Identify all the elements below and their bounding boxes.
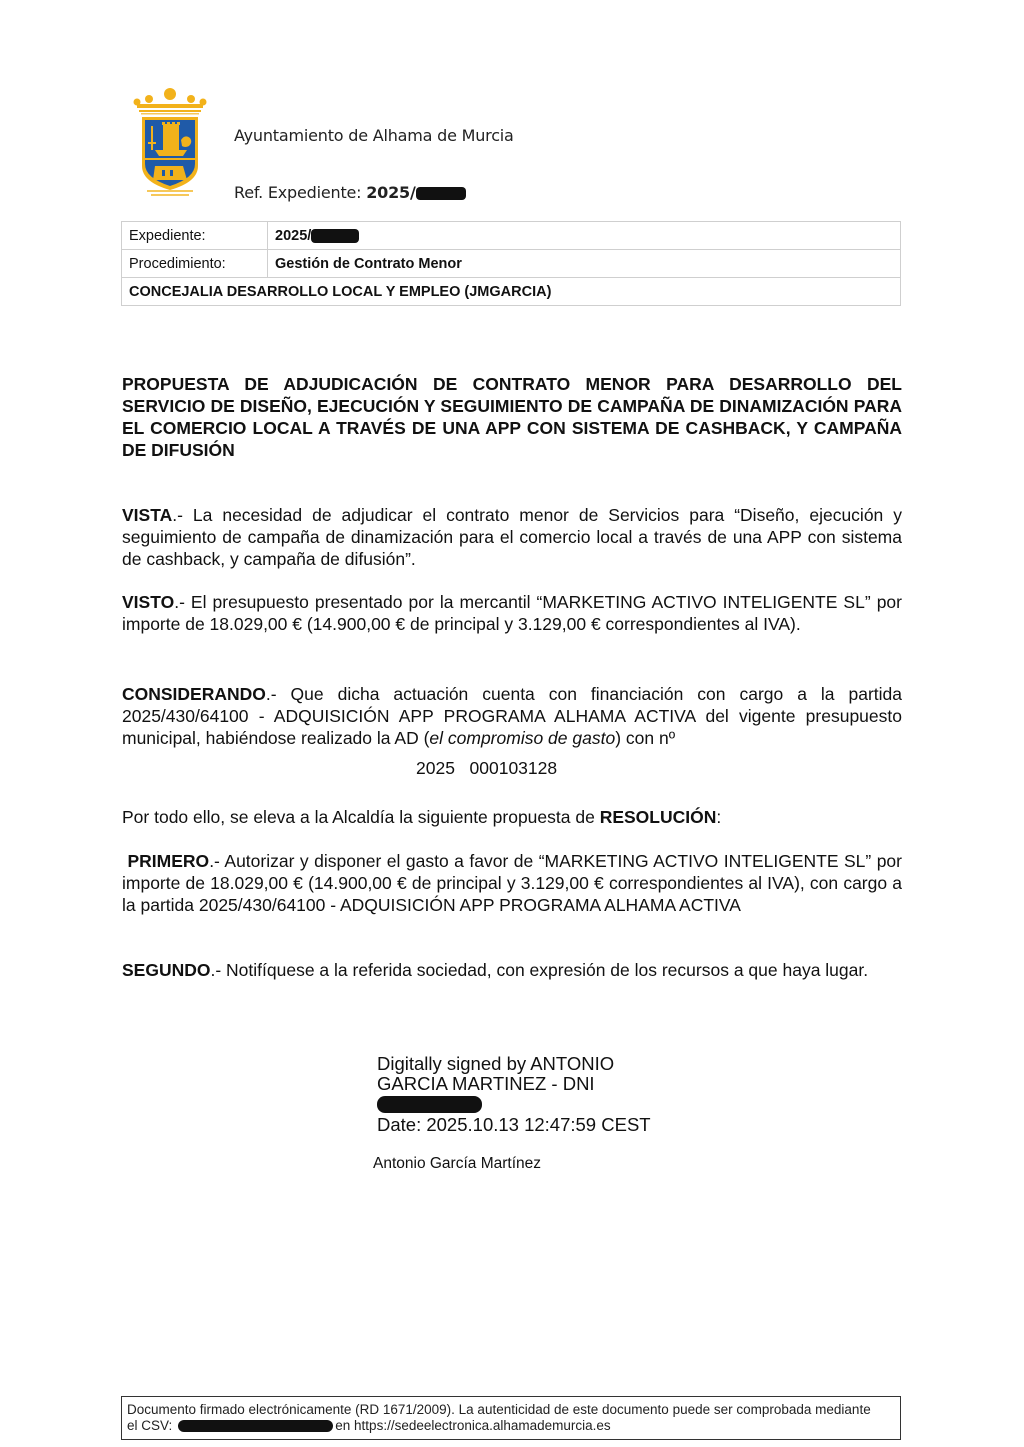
document-title: PROPUESTA DE ADJUDICACIÓN DE CONTRATO ME… [122,373,902,461]
visto-label: VISTO [122,592,174,612]
department: CONCEJALIA DESARROLLO LOCAL Y EMPLEO (JM… [122,278,901,306]
csv-url[interactable]: en https://sedeelectronica.alhamademurci… [335,1418,610,1433]
vista-text: .- La necesidad de adjudicar el contrato… [122,505,902,569]
redaction [416,187,466,200]
segundo-text: .- Notifíquese a la referida sociedad, c… [210,960,868,980]
expediente-number: 2025/ [275,228,311,244]
signature-line-1: Digitally signed by ANTONIO [377,1054,651,1074]
primero-text: .- Autorizar y disponer el gasto a favor… [122,851,902,915]
redaction [377,1096,482,1113]
paragraph-considerando: CONSIDERANDO.- Que dicha actuación cuent… [122,683,902,749]
table-row: Procedimiento: Gestión de Contrato Menor [122,250,901,278]
footer-line-2: el CSV:en https://sedeelectronica.alhama… [127,1418,895,1434]
primero-label: PRIMERO [128,851,210,871]
por-todo-colon: : [716,807,721,827]
considerando-text-end: ) con nº [615,728,675,748]
signature-line-2: GARCIA MARTINEZ - DNI [377,1074,651,1094]
por-todo-text: Por todo ello, se eleva a la Alcaldía la… [122,807,600,827]
table-row: Expediente: 2025/ [122,222,901,250]
redaction [178,1420,333,1432]
signature-date: Date: 2025.10.13 12:47:59 CEST [377,1115,651,1135]
considerando-label: CONSIDERANDO [122,684,266,704]
organization-name: Ayuntamiento de Alhama de Murcia [234,126,514,145]
expediente-value: 2025/ [268,222,901,250]
ad-number: 2025 000103128 [416,758,557,779]
csv-label: el CSV: [127,1418,172,1433]
paragraph-vista: VISTA.- La necesidad de adjudicar el con… [122,504,902,570]
table-row: CONCEJALIA DESARROLLO LOCAL Y EMPLEO (JM… [122,278,901,306]
signer-name: Antonio García Martínez [373,1155,541,1173]
csv-footer: Documento firmado electrónicamente (RD 1… [121,1396,901,1440]
paragraph-segundo: SEGUNDO.- Notifíquese a la referida soci… [122,959,902,981]
paragraph-primero: PRIMERO.- Autorizar y disponer el gasto … [122,850,902,916]
expediente-label: Expediente: [122,222,268,250]
digital-signature: Digitally signed by ANTONIO GARCIA MARTI… [377,1054,651,1135]
ref-value: 2025/ [366,183,415,202]
visto-text: .- El presupuesto presentado por la merc… [122,592,902,634]
considerando-italic: el compromiso de gasto [429,728,615,748]
reference-expediente: Ref. Expediente: 2025/ [234,183,466,202]
segundo-label: SEGUNDO [122,960,210,980]
paragraph-visto: VISTO.- El presupuesto presentado por la… [122,591,902,635]
coat-of-arms-icon [133,86,207,198]
vista-label: VISTA [122,505,172,525]
procedimiento-value: Gestión de Contrato Menor [268,250,901,278]
redaction [311,229,359,243]
procedimiento-label: Procedimiento: [122,250,268,278]
paragraph-por-todo: Por todo ello, se eleva a la Alcaldía la… [122,806,902,828]
ref-label: Ref. Expediente: [234,183,366,202]
metadata-table: Expediente: 2025/ Procedimiento: Gestión… [121,221,901,306]
resolucion-label: RESOLUCIÓN [600,807,717,827]
footer-line-1: Documento firmado electrónicamente (RD 1… [127,1402,895,1418]
